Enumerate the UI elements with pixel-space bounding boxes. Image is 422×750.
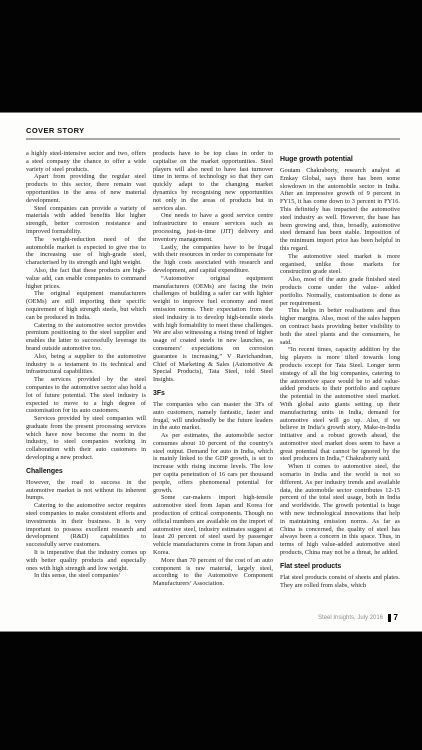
body-paragraph: Also, the fact that these products are h… — [26, 267, 146, 290]
body-paragraph: Lastly, the companies have to be frugal … — [153, 244, 273, 275]
article-column: products have to be top class in order t… — [153, 150, 273, 616]
body-paragraph: The automotive steel market is more orga… — [280, 253, 400, 276]
body-paragraph: Services provided by steel companies wil… — [26, 415, 146, 462]
footer-bar-icon — [388, 614, 391, 622]
magazine-spread: COVER STORY a highly steel-intensive sec… — [0, 0, 422, 750]
body-paragraph: In this sense, the steel companies’ — [26, 572, 146, 580]
header-rule — [26, 138, 400, 140]
page-number: 7 — [394, 613, 398, 622]
column-heading: 3Fs — [153, 390, 273, 398]
body-paragraph: Steel companies can provide a variety of… — [26, 205, 146, 236]
article-columns: a highly steel-intensive sector and two,… — [26, 150, 400, 616]
page-footer: Steel Insights, July 2016 7 — [318, 613, 398, 622]
magazine-page: COVER STORY a highly steel-intensive sec… — [0, 112, 422, 632]
body-paragraph: Flat steel products consist of sheets an… — [280, 574, 400, 590]
body-paragraph: Catering to the automotive sector requir… — [26, 502, 146, 549]
body-paragraph: The original equipment manufacturers (OE… — [26, 290, 146, 321]
body-paragraph: When it comes to automotive steel, the s… — [280, 463, 400, 557]
body-paragraph: Apart from providing the regular steel p… — [26, 173, 146, 204]
body-paragraph: More than 70 percent of the cost of an a… — [153, 557, 273, 588]
body-paragraph: The companies who can master the 3Fs of … — [153, 401, 273, 432]
body-paragraph: “Automotive original equipment manufactu… — [153, 275, 273, 384]
section-label: COVER STORY — [26, 126, 400, 135]
body-paragraph: Also, most of the auto grade finished st… — [280, 276, 400, 307]
body-paragraph: As per estimates, the automobile sector … — [153, 432, 273, 494]
column-heading: Huge growth potential — [280, 156, 400, 164]
body-paragraph: The weight-reduction need of the automob… — [26, 236, 146, 267]
body-paragraph: This helps in better realisations and th… — [280, 307, 400, 346]
top-black-band — [0, 0, 422, 112]
article-column: a highly steel-intensive sector and two,… — [26, 150, 146, 616]
body-paragraph: Also, being a supplier to the automotive… — [26, 353, 146, 376]
body-paragraph: However, the road to success in the auto… — [26, 479, 146, 502]
body-paragraph: Some car-makers import high-tensile auto… — [153, 494, 273, 556]
body-paragraph: Goutam Chakraborty, research analyst at … — [280, 167, 400, 253]
column-heading: Challenges — [26, 468, 146, 476]
article-column: Huge growth potentialGoutam Chakraborty,… — [280, 150, 400, 616]
body-paragraph: Catering to the automotive sector provid… — [26, 322, 146, 353]
body-paragraph: a highly steel-intensive sector and two,… — [26, 150, 146, 173]
body-paragraph: The services provided by the steel compa… — [26, 376, 146, 415]
column-heading: Flat steel products — [280, 563, 400, 571]
body-paragraph: products have to be top class in order t… — [153, 150, 273, 212]
body-paragraph: It is imperative that the industry comes… — [26, 549, 146, 572]
magazine-name-date: Steel Insights, July 2016 — [318, 615, 383, 621]
bottom-black-band — [0, 632, 422, 750]
body-paragraph: “In recent times, capacity addition by t… — [280, 346, 400, 463]
body-paragraph: One needs to have a good service centre … — [153, 212, 273, 243]
